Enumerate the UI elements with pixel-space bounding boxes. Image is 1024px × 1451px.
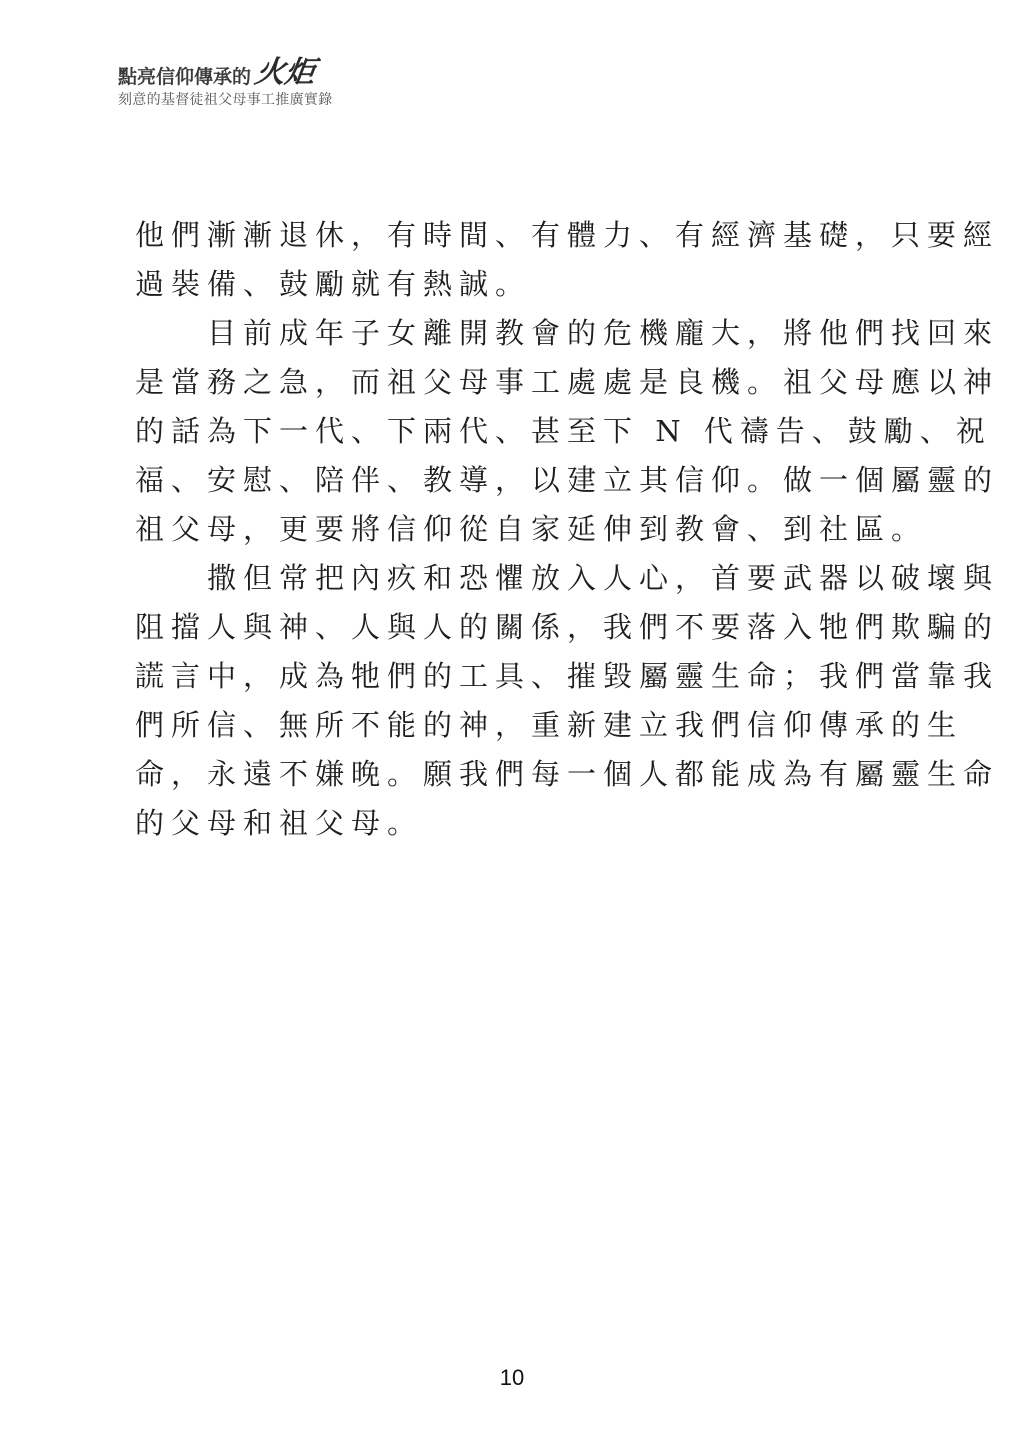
book-subtitle: 刻意的基督徒祖父母事工推廣實錄 (118, 91, 333, 109)
book-title-row: 點亮信仰傳承的 火炬 (118, 54, 333, 90)
paragraph: 他們漸漸退休，有時間、有體力、有經濟基礎，只要經 過裝備、鼓勵就有熱誠。 (135, 211, 865, 309)
body-text: 他們漸漸退休，有時間、有體力、有經濟基礎，只要經 過裝備、鼓勵就有熱誠。 目前成… (135, 211, 865, 848)
text-line: 福、安慰、陪伴、教導，以建立其信仰。做一個屬靈的 (135, 456, 865, 505)
text-line: 謊言中，成為牠們的工具、摧毀屬靈生命；我們當靠我 (135, 652, 865, 701)
text-line: 的父母和祖父母。 (135, 799, 865, 848)
text-line: 是當務之急，而祖父母事工處處是良機。祖父母應以神 (135, 358, 865, 407)
text-line: 們所信、無所不能的神，重新建立我們信仰傳承的生 (135, 701, 865, 750)
book-title: 點亮信仰傳承的 (118, 66, 251, 90)
page-number: 10 (0, 1365, 1024, 1391)
text-line: 過裝備、鼓勵就有熱誠。 (135, 260, 865, 309)
text-line: 命，永遠不嫌晚。願我們每一個人都能成為有屬靈生命 (135, 750, 865, 799)
book-title-calligraphy: 火炬 (253, 56, 318, 90)
text-line-indented: 撒但常把內疚和恐懼放入人心，首要武器以破壞與 (135, 554, 865, 603)
text-line: 祖父母，更要將信仰從自家延伸到教會、到社區。 (135, 505, 865, 554)
text-line-indented: 目前成年子女離開教會的危機龐大，將他們找回來 (135, 309, 865, 358)
paragraph: 目前成年子女離開教會的危機龐大，將他們找回來 是當務之急，而祖父母事工處處是良機… (135, 309, 865, 554)
text-line: 阻擋人與神、人與人的關係，我們不要落入牠們欺騙的 (135, 603, 865, 652)
text-line: 的話為下一代、下兩代、甚至下 N 代禱告、鼓勵、祝 (135, 407, 865, 456)
text-line: 他們漸漸退休，有時間、有體力、有經濟基礎，只要經 (135, 211, 865, 260)
running-header: 點亮信仰傳承的 火炬 刻意的基督徒祖父母事工推廣實錄 (118, 54, 333, 109)
paragraph: 撒但常把內疚和恐懼放入人心，首要武器以破壞與 阻擋人與神、人與人的關係，我們不要… (135, 554, 865, 848)
